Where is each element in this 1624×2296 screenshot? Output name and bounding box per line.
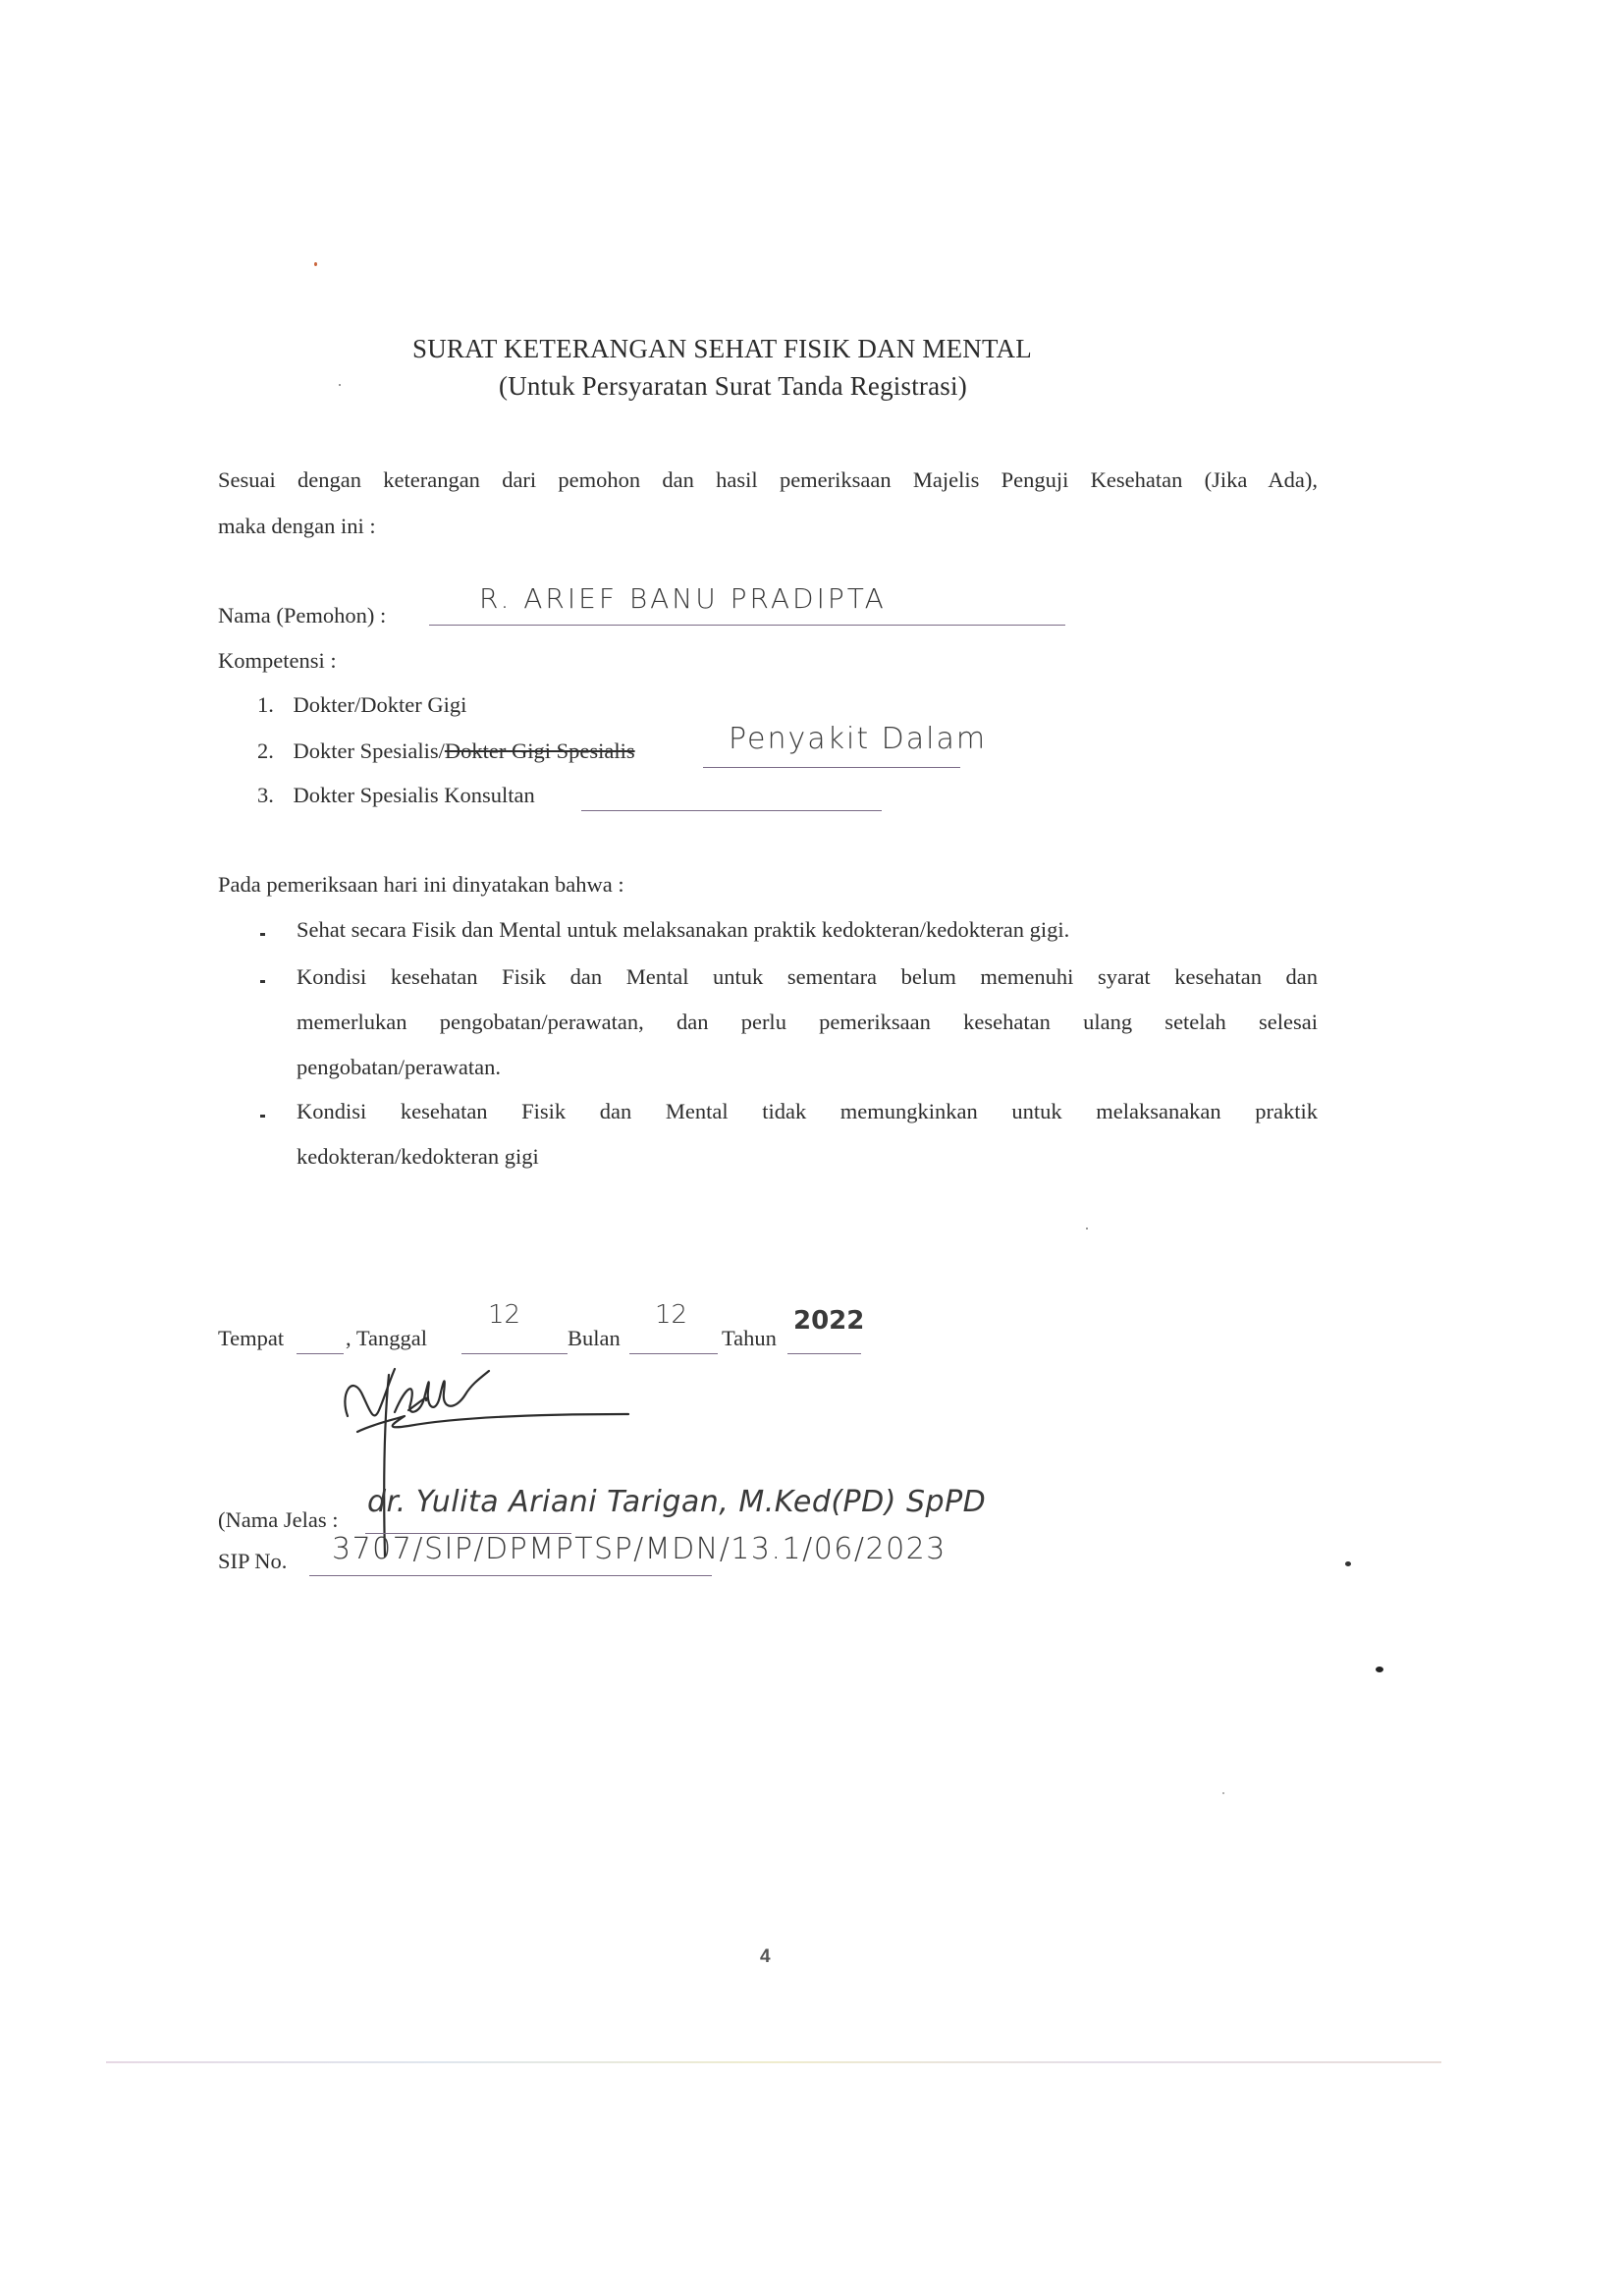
competence-item-number: 3. (257, 783, 274, 807)
year-label: Tahun (722, 1326, 777, 1351)
year-field-value[interactable]: 2022 (793, 1306, 864, 1336)
document-subtitle: (Untuk Persyaratan Surat Tanda Registras… (499, 371, 967, 402)
competence-item-3: 3. Dokter Spesialis Konsultan (257, 783, 535, 808)
statement-2-line-2: memerlukan pengobatan/perawatan, dan per… (297, 1010, 1318, 1035)
place-field-line[interactable] (297, 1353, 344, 1354)
doctor-name-value[interactable]: dr. Yulita Ariani Tarigan, M.Ked(PD) SpP… (367, 1485, 986, 1519)
applicant-name-field-line (429, 625, 1065, 626)
competence-item-number: 1. (257, 692, 274, 717)
scan-speck (314, 262, 317, 266)
day-label: , Tanggal (346, 1326, 427, 1351)
scan-speck (1222, 1792, 1224, 1794)
document-title: SURAT KETERANGAN SEHAT FISIK DAN MENTAL (412, 334, 1032, 364)
competence-item-text: Dokter/Dokter Gigi (294, 692, 467, 717)
bullet-marker (260, 1115, 265, 1118)
doctor-name-label: (Nama Jelas : (218, 1507, 338, 1533)
scan-speck (1086, 1228, 1088, 1230)
competence-item-1: 1. Dokter/Dokter Gigi (257, 692, 466, 718)
sip-value[interactable]: 3707/SIP/DPMPTSP/MDN/13.1/06/2023 (332, 1532, 947, 1566)
statement-3-line-1: Kondisi kesehatan Fisik dan Mental tidak… (297, 1099, 1318, 1124)
intro-line-2: maka dengan ini : (218, 514, 376, 539)
scan-speck (1345, 1561, 1351, 1566)
sip-field-line (309, 1575, 712, 1576)
competence-item-2: 2. Dokter Spesialis/Dokter Gigi Spesiali… (257, 738, 635, 764)
month-field-line (629, 1353, 718, 1354)
month-label: Bulan (568, 1326, 621, 1351)
scan-speck (1376, 1667, 1383, 1672)
bullet-marker (260, 980, 265, 983)
competence-label: Kompetensi : (218, 648, 337, 674)
page-number: 4 (760, 1946, 771, 1968)
statement-1-line-1: Sehat secara Fisik dan Mental untuk mela… (297, 917, 1069, 943)
sip-label: SIP No. (218, 1549, 287, 1574)
place-label: Tempat (218, 1326, 284, 1351)
statement-2-line-3: pengobatan/perawatan. (297, 1055, 501, 1080)
examination-label: Pada pemeriksaan hari ini dinyatakan bah… (218, 872, 624, 898)
competence-item-struck-text: Dokter Gigi Spesialis (445, 738, 635, 763)
competence-item-text: Dokter Spesialis/ (294, 738, 445, 763)
day-field-value[interactable]: 12 (488, 1300, 520, 1330)
specialty-field-line (703, 767, 960, 768)
statement-3-line-2: kedokteran/kedokteran gigi (297, 1144, 539, 1170)
competence-item-text: Dokter Spesialis Konsultan (294, 783, 535, 807)
applicant-label: Nama (Pemohon) : (218, 603, 386, 629)
year-field-line (787, 1353, 861, 1354)
scan-speck (339, 384, 341, 386)
day-field-line (461, 1353, 568, 1354)
footer-rule (106, 2061, 1441, 2063)
intro-line-1: Sesuai dengan keterangan dari pemohon da… (218, 467, 1318, 493)
specialty-field-value[interactable]: Penyakit Dalam (729, 722, 987, 756)
competence-item-number: 2. (257, 738, 274, 763)
signature-icon (334, 1355, 648, 1561)
statement-2-line-1: Kondisi kesehatan Fisik dan Mental untuk… (297, 964, 1318, 990)
month-field-value[interactable]: 12 (655, 1300, 687, 1330)
bullet-marker (260, 933, 265, 936)
applicant-name-value[interactable]: R. ARIEF BANU PRADIPTA (479, 582, 887, 615)
consultant-field-line[interactable] (581, 810, 882, 811)
